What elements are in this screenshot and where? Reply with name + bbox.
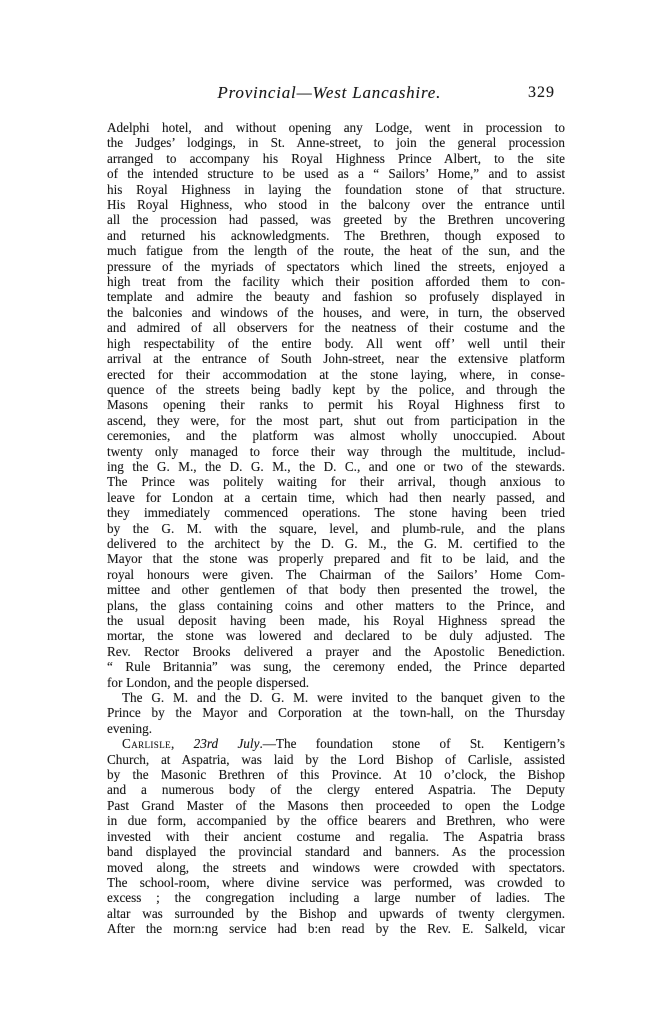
text-line: Carlisle, 23rd July.—The foundation ston… <box>107 736 565 751</box>
text-line: and returned his acknowledgments. The Br… <box>107 228 565 243</box>
text-line: moved along, the streets and windows wer… <box>107 860 565 875</box>
text-line: band displayed the provincial standard a… <box>107 844 565 859</box>
page-header: Provincial—West Lancashire. 329 <box>107 83 565 105</box>
text-line: by the Masonic Brethren of this Province… <box>107 767 565 782</box>
text-segment-italic: 23rd July <box>194 736 260 751</box>
text-segment-smallcaps: Carlisle <box>122 736 171 751</box>
text-line: evening. <box>107 721 565 736</box>
text-line: Past Grand Master of the Masons then pro… <box>107 798 565 813</box>
text-line: Adelphi hotel, and without opening any L… <box>107 120 565 135</box>
text-line: The school-room, where divine service wa… <box>107 875 565 890</box>
text-line: ing the G. M., the D. G. M., the D. C., … <box>107 459 565 474</box>
text-line: arrival at the entrance of South John-st… <box>107 351 565 366</box>
paragraph: The G. M. and the D. G. M. were invited … <box>107 690 565 736</box>
text-line: ascend, they were, for the most part, sh… <box>107 413 565 428</box>
text-line: Masons opening their ranks to permit his… <box>107 397 565 412</box>
paragraph: Adelphi hotel, and without opening any L… <box>107 120 565 690</box>
text-line: mittee and other gentlemen of that body … <box>107 582 565 597</box>
text-line: excess ; the congregation including a la… <box>107 890 565 905</box>
text-line: His Royal Highness, who stood in the bal… <box>107 197 565 212</box>
text-line: in due form, accompanied by the office b… <box>107 813 565 828</box>
text-line: all the procession had passed, was greet… <box>107 212 565 227</box>
text-line: invested with their ancient costume and … <box>107 829 565 844</box>
text-line: the Judges’ lodgings, in St. Anne-street… <box>107 135 565 150</box>
text-segment: , <box>171 736 194 751</box>
text-line: Mayor that the stone was properly prepar… <box>107 551 565 566</box>
text-line: ceremonies, and the platform was almost … <box>107 428 565 443</box>
text-line: “ Rule Britannia” was sung, the ceremony… <box>107 659 565 674</box>
text-line: of the intended structure to be used as … <box>107 166 565 181</box>
text-line: mortar, the stone was lowered and declar… <box>107 628 565 643</box>
text-line: and admired of all observers for the nea… <box>107 320 565 335</box>
text-line: Rev. Rector Brooks delivered a prayer an… <box>107 644 565 659</box>
text-line: pressure of the myriads of spectators wh… <box>107 259 565 274</box>
text-line: arranged to accompany his Royal Highness… <box>107 151 565 166</box>
text-line: twenty only managed to force their way t… <box>107 444 565 459</box>
page-number: 329 <box>528 84 555 102</box>
text-line: they immediately commenced operations. T… <box>107 505 565 520</box>
text-line: The G. M. and the D. G. M. were invited … <box>107 690 565 705</box>
text-line: the usual deposit having been made, his … <box>107 613 565 628</box>
text-line: altar was surrounded by the Bishop and u… <box>107 906 565 921</box>
text-line: plans, the glass containing coins and ot… <box>107 598 565 613</box>
text-line: and a numerous body of the clergy entere… <box>107 782 565 797</box>
text-line: by the G. M. with the square, level, and… <box>107 521 565 536</box>
text-line: template and admire the beauty and fashi… <box>107 289 565 304</box>
text-line: Church, at Aspatria, was laid by the Lor… <box>107 752 565 767</box>
document-page: Provincial—West Lancashire. 329 Adelphi … <box>0 0 672 1015</box>
text-line: his Royal Highness in laying the foundat… <box>107 182 565 197</box>
text-line: royal honours were given. The Chairman o… <box>107 567 565 582</box>
text-line: delivered to the architect by the D. G. … <box>107 536 565 551</box>
text-line: erected for their accommodation at the s… <box>107 367 565 382</box>
text-block: Adelphi hotel, and without opening any L… <box>107 120 565 937</box>
text-line: leave for London at a certain time, whic… <box>107 490 565 505</box>
text-line: much fatigue from the length of the rout… <box>107 243 565 258</box>
text-line: Prince by the Mayor and Corporation at t… <box>107 705 565 720</box>
text-line: for London, and the people dispersed. <box>107 675 565 690</box>
text-line: high treat from the facility which their… <box>107 274 565 289</box>
text-segment: .—The foundation stone of St. Kentigern’… <box>259 736 565 751</box>
text-line: high respectability of the entire body. … <box>107 336 565 351</box>
text-line: quence of the streets being badly kept b… <box>107 382 565 397</box>
text-line: the balconies and windows of the houses,… <box>107 305 565 320</box>
text-line: The Prince was politely waiting for thei… <box>107 474 565 489</box>
text-line: After the morn:ng service had b:en read … <box>107 921 565 936</box>
paragraph: Carlisle, 23rd July.—The foundation ston… <box>107 736 565 936</box>
running-title: Provincial—West Lancashire. <box>217 83 441 103</box>
